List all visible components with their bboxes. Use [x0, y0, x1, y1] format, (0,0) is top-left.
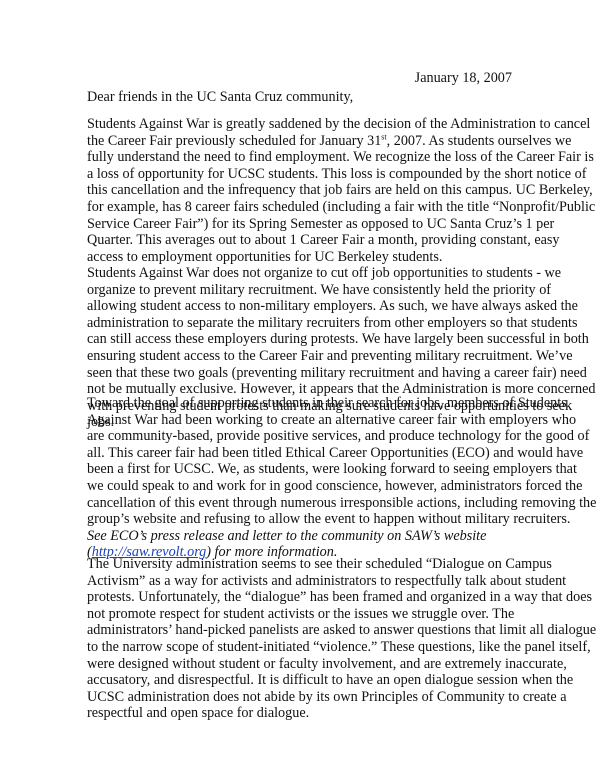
text-line: Quarter. This averages out to about 1 Ca… — [87, 232, 527, 249]
text-line: cancellation of this event through numer… — [87, 495, 527, 512]
text-line: access to employment opportunities for U… — [87, 249, 527, 266]
text-line: Toward the goal of supporting students i… — [87, 395, 527, 412]
text-line: this cancellation and the infrequency th… — [87, 182, 527, 199]
press-release-note: See ECO’s press release and letter to th… — [87, 528, 527, 545]
text-line: Service Career Fair”) for its Spring Sem… — [87, 216, 527, 233]
text-line: fully understand the need to find employ… — [87, 149, 527, 166]
text-line: protests. Unfortunately, the “dialogue” … — [87, 589, 527, 606]
text-line: The University administration seems to s… — [87, 556, 527, 573]
text-line: administration to separate the military … — [87, 315, 527, 332]
letter-greeting: Dear friends in the UC Santa Cruz commun… — [87, 89, 353, 106]
text-line: Against War had been working to create a… — [87, 412, 527, 429]
text-line: all. This career fair had been titled Et… — [87, 445, 527, 462]
text-line: seen that these two goals (preventing mi… — [87, 365, 527, 382]
text-line: Activism” as a way for activists and adm… — [87, 573, 527, 590]
text-line: administrators’ hand-picked panelists ar… — [87, 622, 527, 639]
text-segment: , 2007. As students ourselves we — [387, 133, 572, 149]
text-line: UCSC administration does not abide by it… — [87, 689, 527, 706]
text-line: ensuring student access to the Career Fa… — [87, 348, 527, 365]
paragraph-eco-career-fair: Toward the goal of supporting students i… — [87, 395, 527, 561]
text-line: organize to prevent military recruitment… — [87, 282, 527, 299]
paragraph-dialogue-on-campus-activism: The University administration seems to s… — [87, 556, 527, 722]
text-line: a loss of opportunity for UCSC students.… — [87, 166, 527, 183]
letter-page: January 18, 2007 Dear friends in the UC … — [0, 0, 600, 776]
text-line: been a first for UCSC. We, as students, … — [87, 461, 527, 478]
text-line: accusatory, and disrespectful. It is dif… — [87, 672, 527, 689]
text-line: group’s website and refusing to allow th… — [87, 511, 527, 528]
letter-date: January 18, 2007 — [400, 70, 512, 87]
text-line: can still access these employers during … — [87, 331, 527, 348]
paragraph-career-fair-cancellation: Students Against War is greatly saddened… — [87, 116, 527, 265]
text-line: we could speak to and work for in good c… — [87, 478, 527, 495]
text-line: are community-based, provide positive se… — [87, 428, 527, 445]
text-line: to the narrow scope of student-initiated… — [87, 639, 527, 656]
text-line: Students Against War is greatly saddened… — [87, 116, 527, 133]
text-line: the Career Fair previously scheduled for… — [87, 133, 527, 150]
text-line: allowing student access to non-military … — [87, 298, 527, 315]
text-line: were designed without student or faculty… — [87, 656, 527, 673]
text-line: for example, has 8 career fairs schedule… — [87, 199, 527, 216]
text-line: Students Against War does not organize t… — [87, 265, 527, 282]
text-line: respectful and open space for dialogue. — [87, 705, 527, 722]
text-segment: the Career Fair previously scheduled for… — [87, 133, 381, 149]
text-line: not promote respect for student activist… — [87, 606, 527, 623]
